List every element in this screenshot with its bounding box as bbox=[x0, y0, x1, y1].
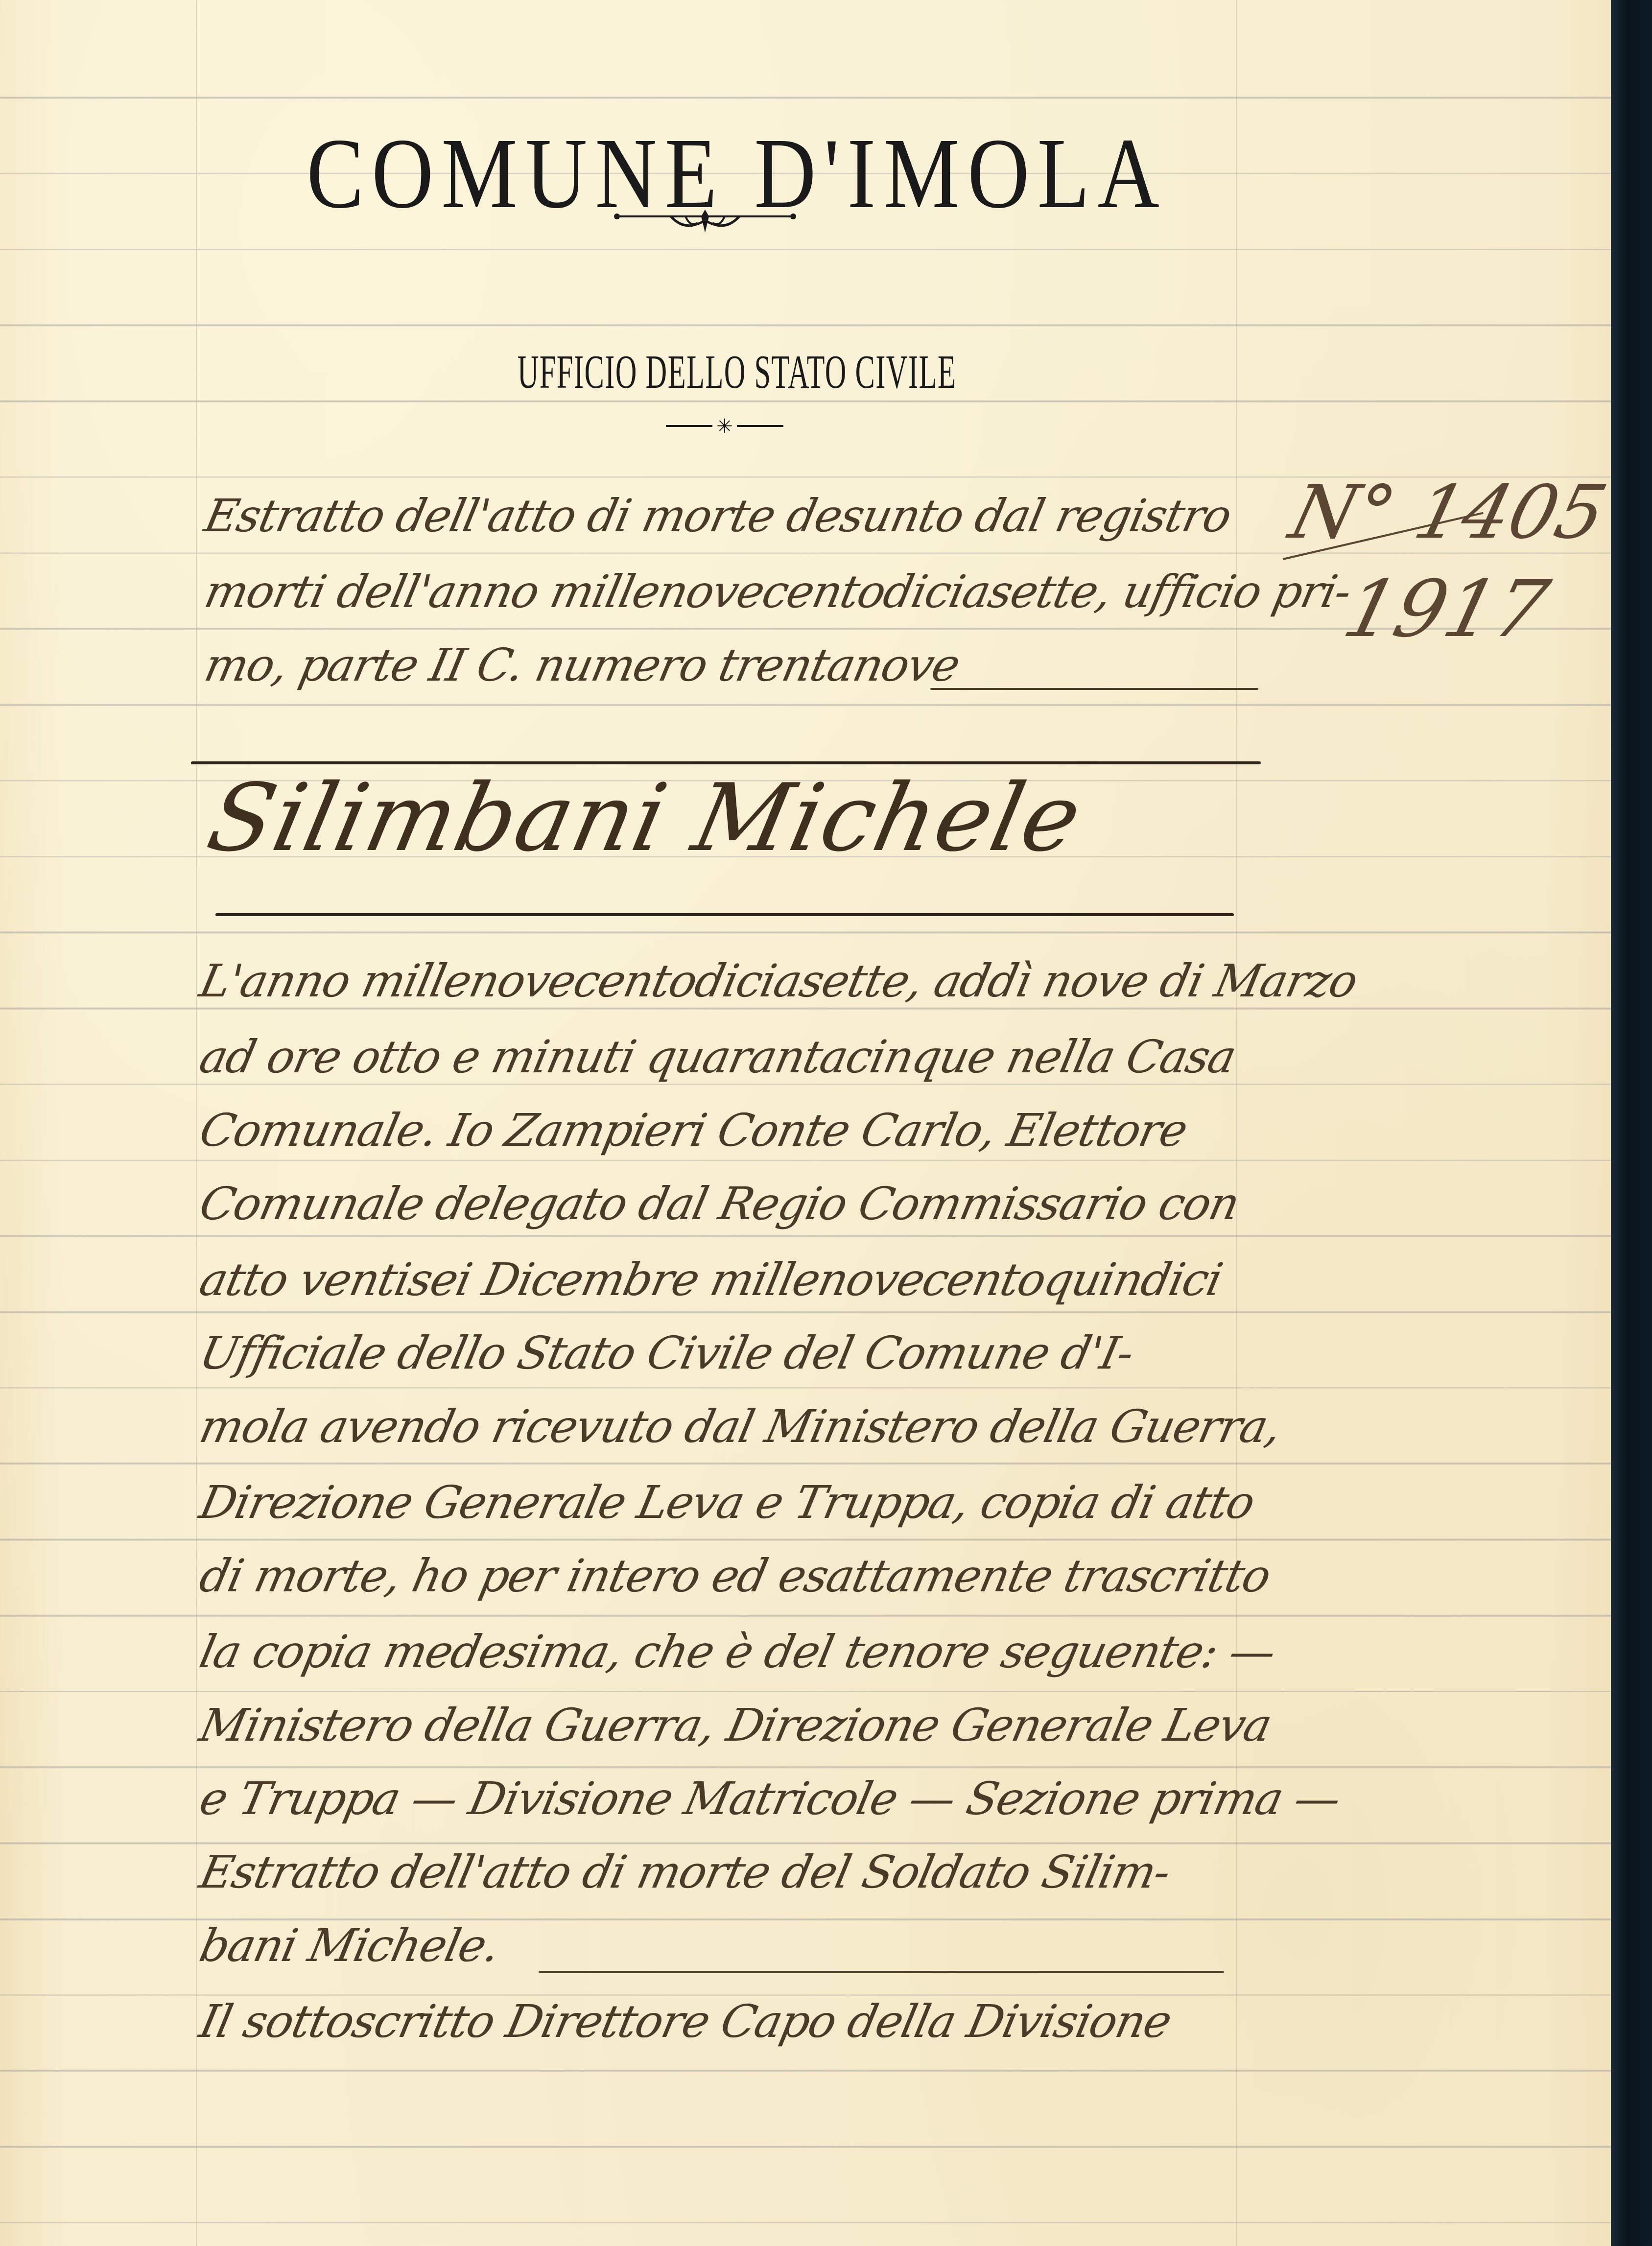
body-line: la copia medesima, che è del tenore segu… bbox=[195, 1626, 1280, 1678]
letterhead-subtitle: UFFICIO DELLO STATO CIVILE bbox=[517, 345, 957, 400]
flourish-ornament-icon bbox=[612, 206, 798, 235]
heading-end-rule bbox=[930, 688, 1258, 690]
body-line: Il sottoscritto Direttore Capo della Div… bbox=[195, 1995, 1176, 2048]
body-line: atto ventisei Dicembre millenovecentoqui… bbox=[195, 1253, 1227, 1306]
body-line: Direzione Generale Leva e Truppa, copia … bbox=[195, 1476, 1259, 1529]
subject-name: Silimbani Michele bbox=[199, 764, 1091, 872]
name-bottom-rule bbox=[215, 913, 1234, 916]
body-line: bani Michele. bbox=[195, 1919, 504, 1972]
scan-edge-strip bbox=[1611, 0, 1652, 2246]
body-line: L'anno millenovecentodiciasette, addì no… bbox=[195, 955, 1362, 1007]
body-line: di morte, ho per intero ed esattamente t… bbox=[195, 1550, 1275, 1602]
body-line: Estratto dell'atto di morte del Soldato … bbox=[195, 1846, 1175, 1898]
heading-line: morti dell'anno millenovecentodiciasette… bbox=[200, 566, 1355, 618]
heading-line: Estratto dell'atto di morte desunto dal … bbox=[200, 490, 1236, 542]
right-margin-line bbox=[1236, 0, 1237, 2246]
body-end-rule bbox=[539, 1971, 1224, 1973]
heading-line: mo, parte II C. numero trentanove bbox=[200, 639, 964, 691]
svg-text:✳: ✳ bbox=[716, 416, 733, 436]
left-margin-line bbox=[196, 0, 197, 2246]
body-line: Comunale delegato dal Regio Commissario … bbox=[195, 1178, 1244, 1230]
body-line: Ministero della Guerra, Direzione Genera… bbox=[195, 1699, 1276, 1751]
body-line: Ufficiale dello Stato Civile del Comune … bbox=[195, 1327, 1138, 1379]
register-year: 1917 bbox=[1335, 563, 1558, 655]
document-page: COMUNE D'IMOLA UFFICIO DELLO STATO CIVIL… bbox=[0, 0, 1611, 2246]
asterisk-divider-icon: ✳ bbox=[661, 416, 788, 436]
body-line: mola avendo ricevuto dal Ministero della… bbox=[195, 1400, 1286, 1453]
body-line: Comunale. Io Zampieri Conte Carlo, Elett… bbox=[195, 1104, 1192, 1157]
register-number: N° 1405 bbox=[1282, 470, 1614, 555]
body-line: ad ore otto e minuti quarantacinque nell… bbox=[195, 1031, 1240, 1083]
body-line: e Truppa — Divisione Matricole — Sezione… bbox=[195, 1773, 1345, 1825]
